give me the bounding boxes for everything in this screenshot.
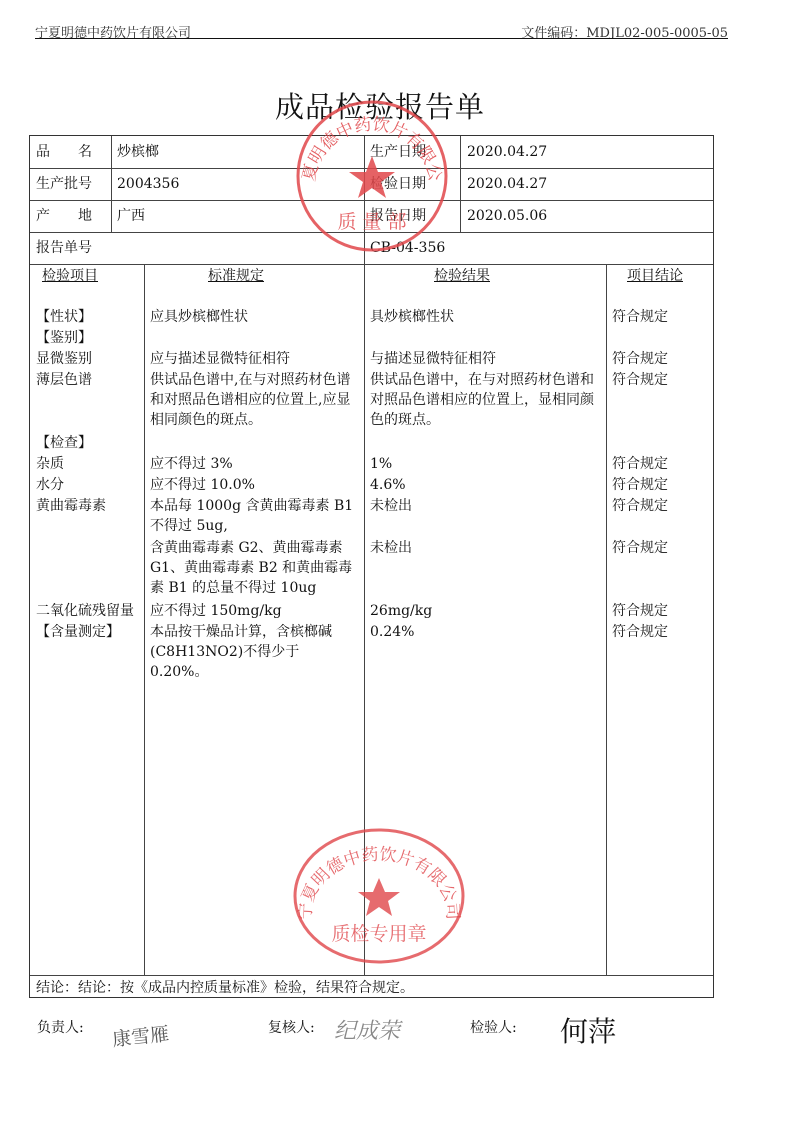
company-name: 宁夏明德中药饮片有限公司 xyxy=(35,27,191,39)
row-standard: 应不得过 10.0% xyxy=(150,475,360,495)
row-result: 未检出 xyxy=(370,496,602,516)
row-conclusion: 符合规定 xyxy=(612,538,712,558)
row-standard: 应不得过 150mg/kg xyxy=(150,601,360,621)
report-table: 品 名 炒槟榔 生产批号 2004356 产 地 广西 报告单号 CB-04-3… xyxy=(29,135,714,998)
row-standard: 应不得过 3% xyxy=(150,454,360,474)
prod-date: 2020.04.27 xyxy=(467,142,547,162)
report-no: CB-04-356 xyxy=(370,238,445,258)
row-standard: 供试品色谱中,在与对照药材色谱和对照品色谱相应的位置上,应显相同颜色的斑点。 xyxy=(150,370,360,430)
row-item: 【性状】 xyxy=(36,307,144,327)
report-no-label: 报告单号 xyxy=(36,238,92,258)
row-conclusion: 符合规定 xyxy=(612,454,712,474)
col-header-result: 检验结果 xyxy=(434,266,490,286)
row-standard: 本品按干燥品计算，含槟榔碱(C8H13NO2)不得少于 0.20%。 xyxy=(150,622,360,682)
row-standard: 本品每 1000g 含黄曲霉毒素 B1 不得过 5ug, xyxy=(150,496,360,536)
row-conclusion: 符合规定 xyxy=(612,307,712,327)
inspector-signature: 何萍 xyxy=(560,1010,616,1050)
row-result: 26mg/kg xyxy=(370,601,602,621)
row-result: 未检出 xyxy=(370,538,602,558)
col-header-item: 检验项目 xyxy=(42,266,98,286)
doc-code: 文件编码：MDJL02-005-0005-05 xyxy=(521,27,728,39)
row-standard: 含黄曲霉毒素 G2、黄曲霉毒素 G1、黄曲霉毒素 B2 和黄曲霉毒素 B1 的总… xyxy=(150,538,360,598)
overall-conclusion: 结论：结论：按《成品内控质量标准》检验，结果符合规定。 xyxy=(36,978,414,998)
row-conclusion: 符合规定 xyxy=(612,622,712,642)
row-item: 薄层色谱 xyxy=(36,370,144,390)
row-conclusion: 符合规定 xyxy=(612,370,712,390)
batch-number: 2004356 xyxy=(117,174,179,194)
product-name: 炒槟榔 xyxy=(117,142,159,162)
row-item: 【检查】 xyxy=(36,433,144,453)
row-conclusion: 符合规定 xyxy=(612,601,712,621)
reviewer-signature: 纪成荣 xyxy=(334,1014,400,1045)
row-conclusion: 符合规定 xyxy=(612,496,712,516)
origin: 广西 xyxy=(117,206,145,226)
report-date-label: 报告日期 xyxy=(370,206,426,226)
row-item: 显微鉴别 xyxy=(36,349,144,369)
report-date: 2020.05.06 xyxy=(467,206,547,226)
batch-label: 生产批号 xyxy=(36,174,92,194)
row-conclusion: 符合规定 xyxy=(612,349,712,369)
reviewer-label: 复核人: xyxy=(268,1017,315,1037)
row-result: 4.6% xyxy=(370,475,602,495)
col-header-standard: 标准规定 xyxy=(208,266,264,286)
col-header-conclusion: 项目结论 xyxy=(627,266,683,286)
row-item: 杂质 xyxy=(36,454,144,474)
row-result: 与描述显微特征相符 xyxy=(370,349,602,369)
responsible-signature: 康雪雁 xyxy=(111,1019,171,1052)
test-date-label: 检验日期 xyxy=(370,174,426,194)
row-result: 0.24% xyxy=(370,622,602,642)
report-title: 成品检验报告单 xyxy=(0,85,740,126)
responsible-label: 负责人: xyxy=(37,1017,84,1037)
origin-label: 产 地 xyxy=(36,206,92,226)
row-item: 水分 xyxy=(36,475,144,495)
row-result: 具炒槟榔性状 xyxy=(370,307,602,327)
prod-date-label: 生产日期 xyxy=(370,142,426,162)
row-item: 二氧化硫残留量 xyxy=(36,601,144,621)
row-item: 【鉴别】 xyxy=(36,328,144,348)
row-result: 1% xyxy=(370,454,602,474)
row-standard: 应与描述显微特征相符 xyxy=(150,349,360,369)
inspector-label: 检验人: xyxy=(470,1017,517,1037)
page-header: 宁夏明德中药饮片有限公司 文件编码：MDJL02-005-0005-05 xyxy=(35,18,728,39)
row-item: 黄曲霉毒素 xyxy=(36,496,144,516)
row-item: 【含量测定】 xyxy=(36,622,144,642)
row-result: 供试品色谱中，在与对照药材色谱和对照品色谱相应的位置上，显相同颜色的斑点。 xyxy=(370,370,602,430)
test-date: 2020.04.27 xyxy=(467,174,547,194)
row-conclusion: 符合规定 xyxy=(612,475,712,495)
product-name-label: 品 名 xyxy=(36,142,92,162)
row-standard: 应具炒槟榔性状 xyxy=(150,307,360,327)
